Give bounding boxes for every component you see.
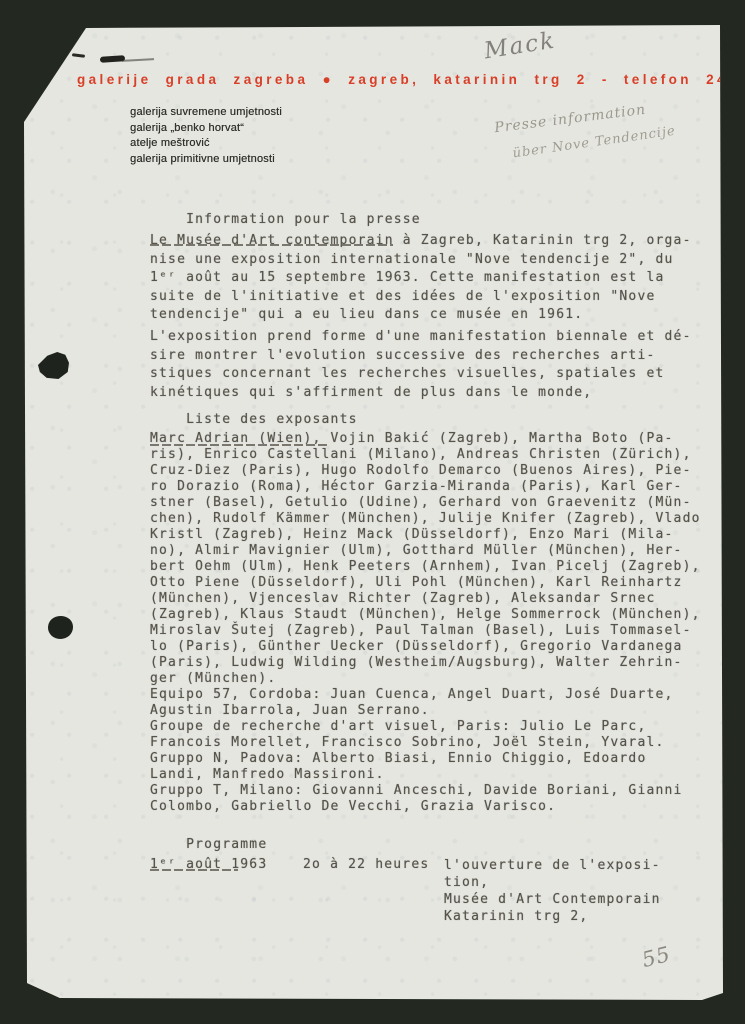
typed-line: Gruppo N, Padova: Alberto Biasi, Ennio C…: [150, 751, 701, 767]
typed-line: Katarinin trg 2,: [444, 908, 661, 925]
hole-punch-bottom: [48, 616, 73, 639]
exposants-heading-text: Liste des exposants: [186, 412, 358, 427]
document-title-text: Information pour la presse: [186, 212, 421, 227]
typed-line: (München), Vjenceslav Richter (Zagreb), …: [150, 591, 701, 607]
gallery-name: galerija suvremene umjetnosti: [130, 105, 282, 121]
typed-line: suite de l'initiative et des idées de l'…: [150, 288, 692, 307]
typed-line: Marc Adrian (Wien), Vojin Bakić (Zagreb)…: [150, 431, 701, 447]
typed-line: ger (München).: [150, 671, 701, 687]
letterhead-gallery-list: galerija suvremene umjetnostigalerija „b…: [130, 105, 282, 167]
typed-line: Miroslav Šutej (Zagreb), Paul Talman (Ba…: [150, 623, 701, 639]
typed-line: Gruppo T, Milano: Giovanni Anceschi, Dav…: [150, 783, 701, 799]
typed-line: (Zagreb), Klaus Staudt (München), Helge …: [150, 607, 701, 623]
typed-line: l'ouverture de l'exposi-: [444, 857, 661, 874]
typed-line: ris), Enrico Castellani (Milano), Andrea…: [150, 447, 701, 463]
pencil-page-number: 55: [640, 942, 674, 972]
typed-line: (Paris), Ludwig Wilding (Westheim/Augsbu…: [150, 655, 701, 671]
programme-time: 2o à 22 heures: [303, 857, 429, 872]
gallery-name: galerija primitivne umjetnosti: [130, 152, 282, 168]
scratch-mark: [122, 58, 154, 61]
typed-line: sire montrer l'evolution successive des …: [150, 347, 692, 366]
programme-heading-text: Programme: [186, 837, 267, 852]
typed-line: stner (Basel), Getulio (Udine), Gerhard …: [150, 495, 701, 511]
typed-line: L'exposition prend forme d'une manifesta…: [150, 328, 692, 347]
intro-paragraph-1: Le Musée d'Art contemporain à Zagreb, Ka…: [150, 232, 692, 325]
intro-paragraph-2: L'exposition prend forme d'une manifesta…: [150, 328, 692, 402]
typed-line: Colombo, Gabriello De Vecchi, Grazia Var…: [150, 799, 701, 815]
letterhead-red-line: galerije grada zagreba ● zagreb, katarin…: [77, 72, 717, 87]
typed-line: chen), Rudolf Kämmer (München), Julije K…: [150, 511, 701, 527]
programme-event: l'ouverture de l'exposi-tion,Musée d'Art…: [444, 857, 661, 925]
typed-line: tion,: [444, 874, 661, 891]
typed-line: tendencije" qui a eu lieu dans ce musée …: [150, 306, 692, 325]
typed-line: lo (Paris), Günther Uecker (Düsseldorf),…: [150, 639, 701, 655]
gallery-name: atelje meštrović: [130, 136, 282, 152]
typed-line: Equipo 57, Cordoba: Juan Cuenca, Angel D…: [150, 687, 701, 703]
programme-date: 1ᵉʳ août 1963: [150, 857, 267, 872]
typed-line: Cruz-Diez (Paris), Hugo Rodolfo Demarco …: [150, 463, 701, 479]
scanned-document-page: Mack Presse information über Nove Tenden…: [24, 25, 723, 1000]
typed-line: Otto Piene (Düsseldorf), Uli Pohl (Münch…: [150, 575, 701, 591]
exposants-list: Marc Adrian (Wien), Vojin Bakić (Zagreb)…: [150, 431, 701, 815]
typed-line: Le Musée d'Art contemporain à Zagreb, Ka…: [150, 232, 692, 251]
typed-line: Musée d'Art Contemporain: [444, 891, 661, 908]
gallery-name: galerija „benko horvat“: [130, 121, 282, 137]
ink-smudge-mark: [72, 53, 85, 58]
typed-line: no), Almir Mavignier (Ulm), Gotthard Mül…: [150, 543, 701, 559]
folded-corner: [26, 976, 62, 998]
typed-line: Groupe de recherche d'art visuel, Paris:…: [150, 719, 701, 735]
typed-line: Kristl (Zagreb), Heinz Mack (Düsseldorf)…: [150, 527, 701, 543]
typed-line: bert Oehm (Ulm), Henk Peeters (Arnhem), …: [150, 559, 701, 575]
typed-line: Francois Morellet, Francisco Sobrino, Jo…: [150, 735, 701, 751]
pencil-note-mack: Mack: [482, 28, 557, 65]
programme-entry: 1ᵉʳ août 1963 2o à 22 heures l'ouverture…: [150, 857, 710, 932]
typed-line: Landi, Manfredo Massironi.: [150, 767, 701, 783]
typed-line: stiques concernant les recherches visuel…: [150, 365, 692, 384]
typed-line: Agustin Ibarrola, Juan Serrano.: [150, 703, 701, 719]
hole-punch-top: [38, 352, 69, 379]
typed-line: ro Dorazio (Roma), Héctor Garzia-Miranda…: [150, 479, 701, 495]
typed-line: 1ᵉʳ août au 15 septembre 1963. Cette man…: [150, 269, 692, 288]
typed-line: nise une exposition internationale "Nove…: [150, 251, 692, 270]
